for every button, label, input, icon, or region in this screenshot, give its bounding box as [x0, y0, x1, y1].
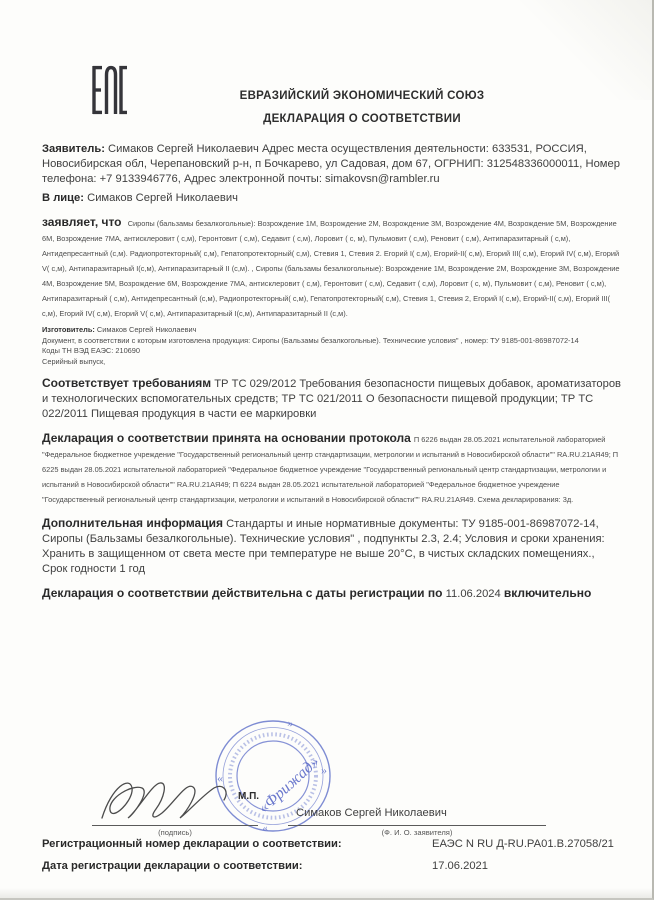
document-content: ЕВРАЗИЙСКИЙ ЭКОНОМИЧЕСКИЙ СОЮЗ ДЕКЛАРАЦИ… [42, 0, 622, 606]
applicant-paragraph: Заявитель: Симаков Сергей Николаевич Адр… [42, 142, 622, 187]
handwritten-signature [96, 768, 236, 833]
manufacturer-label: Изготовитель: [42, 325, 95, 334]
registration-number-value: ЕАЭС N RU Д-RU.РА01.В.27058/21 [432, 838, 614, 850]
declares-paragraph: заявляет, что Сиропы (бальзамы безалкого… [42, 214, 622, 321]
title-block: ЕВРАЗИЙСКИЙ ЭКОНОМИЧЕСКИЙ СОЮЗ ДЕКЛАРАЦИ… [102, 90, 622, 125]
manufacturer-text: Симаков Сергей Николаевич [95, 325, 197, 334]
protocol-paragraph: Декларация о соответствии принята на осн… [42, 430, 622, 507]
applicant-text: Симаков Сергей Николаевич Адрес места ос… [42, 143, 620, 185]
signature-area: « » « » «Фрижад» М.П. Симаков Сергей Ник… [0, 712, 654, 837]
declaration-document: ЕВРАЗИЙСКИЙ ЭКОНОМИЧЕСКИЙ СОЮЗ ДЕКЛАРАЦИ… [0, 0, 654, 900]
protocol-text: П 6226 выдан 28.05.2021 испытательной ла… [42, 435, 618, 504]
validity-suffix: включительно [504, 586, 591, 600]
additional-info-paragraph: Дополнительная информация Стандарты и ин… [42, 515, 622, 577]
requirements-paragraph: Соответствует требованиям ТР ТС 029/2012… [42, 375, 622, 422]
validity-date: 11.06.2024 [442, 588, 503, 600]
protocol-label: Декларация о соответствии принята на осн… [42, 431, 411, 445]
stamp-place-label: М.П. [238, 791, 259, 802]
document-header: ЕВРАЗИЙСКИЙ ЭКОНОМИЧЕСКИЙ СОЮЗ ДЕКЛАРАЦИ… [42, 0, 622, 142]
validity-paragraph: Декларация о соответствии действительна … [42, 585, 622, 602]
scan-edge-smudge [0, 888, 652, 898]
manufacturer-line: Изготовитель: Симаков Сергей Николаевич [42, 325, 622, 336]
union-title: ЕВРАЗИЙСКИЙ ЭКОНОМИЧЕСКИЙ СОЮЗ [102, 90, 622, 102]
svg-text:«: « [261, 822, 269, 835]
applicant-label: Заявитель: [42, 143, 105, 155]
tnved-line: Коды ТН ВЭД ЕАЭС: 210690 [42, 346, 622, 357]
serial-line: Серийный выпуск, [42, 357, 622, 368]
registration-number-row: Регистрационный номер декларации о соотв… [42, 838, 642, 850]
declares-products: Сиропы (бальзамы безалкогольные): Возрож… [42, 219, 619, 318]
in-person-paragraph: В лице: Симаков Сергей Николаевич [42, 191, 622, 206]
signature-caption: (подпись) [92, 828, 258, 837]
declaration-title: ДЕКЛАРАЦИЯ О СООТВЕТСТВИИ [102, 113, 622, 125]
name-line [288, 825, 546, 826]
applicant-name-text: Симаков Сергей Николаевич [296, 807, 447, 819]
requirements-label: Соответствует требованиям [42, 376, 211, 390]
additional-info-label: Дополнительная информация [42, 516, 223, 530]
registration-number-label: Регистрационный номер декларации о соотв… [42, 838, 342, 850]
registration-date-label: Дата регистрации декларации о соответств… [42, 860, 303, 872]
in-person-label: В лице: [42, 192, 84, 204]
registration-date-value: 17.06.2021 [432, 860, 488, 872]
validity-label: Декларация о соответствии действительна … [42, 586, 442, 600]
declares-label: заявляет, что [42, 215, 122, 229]
document-line: Документ, в соответствии с которым изгот… [42, 336, 622, 347]
in-person-text: Симаков Сергей Николаевич [84, 192, 238, 204]
fio-caption: (Ф. И. О. заявителя) [288, 828, 546, 837]
registration-date-row: Дата регистрации декларации о соответств… [42, 860, 642, 872]
signature-line [92, 825, 258, 826]
